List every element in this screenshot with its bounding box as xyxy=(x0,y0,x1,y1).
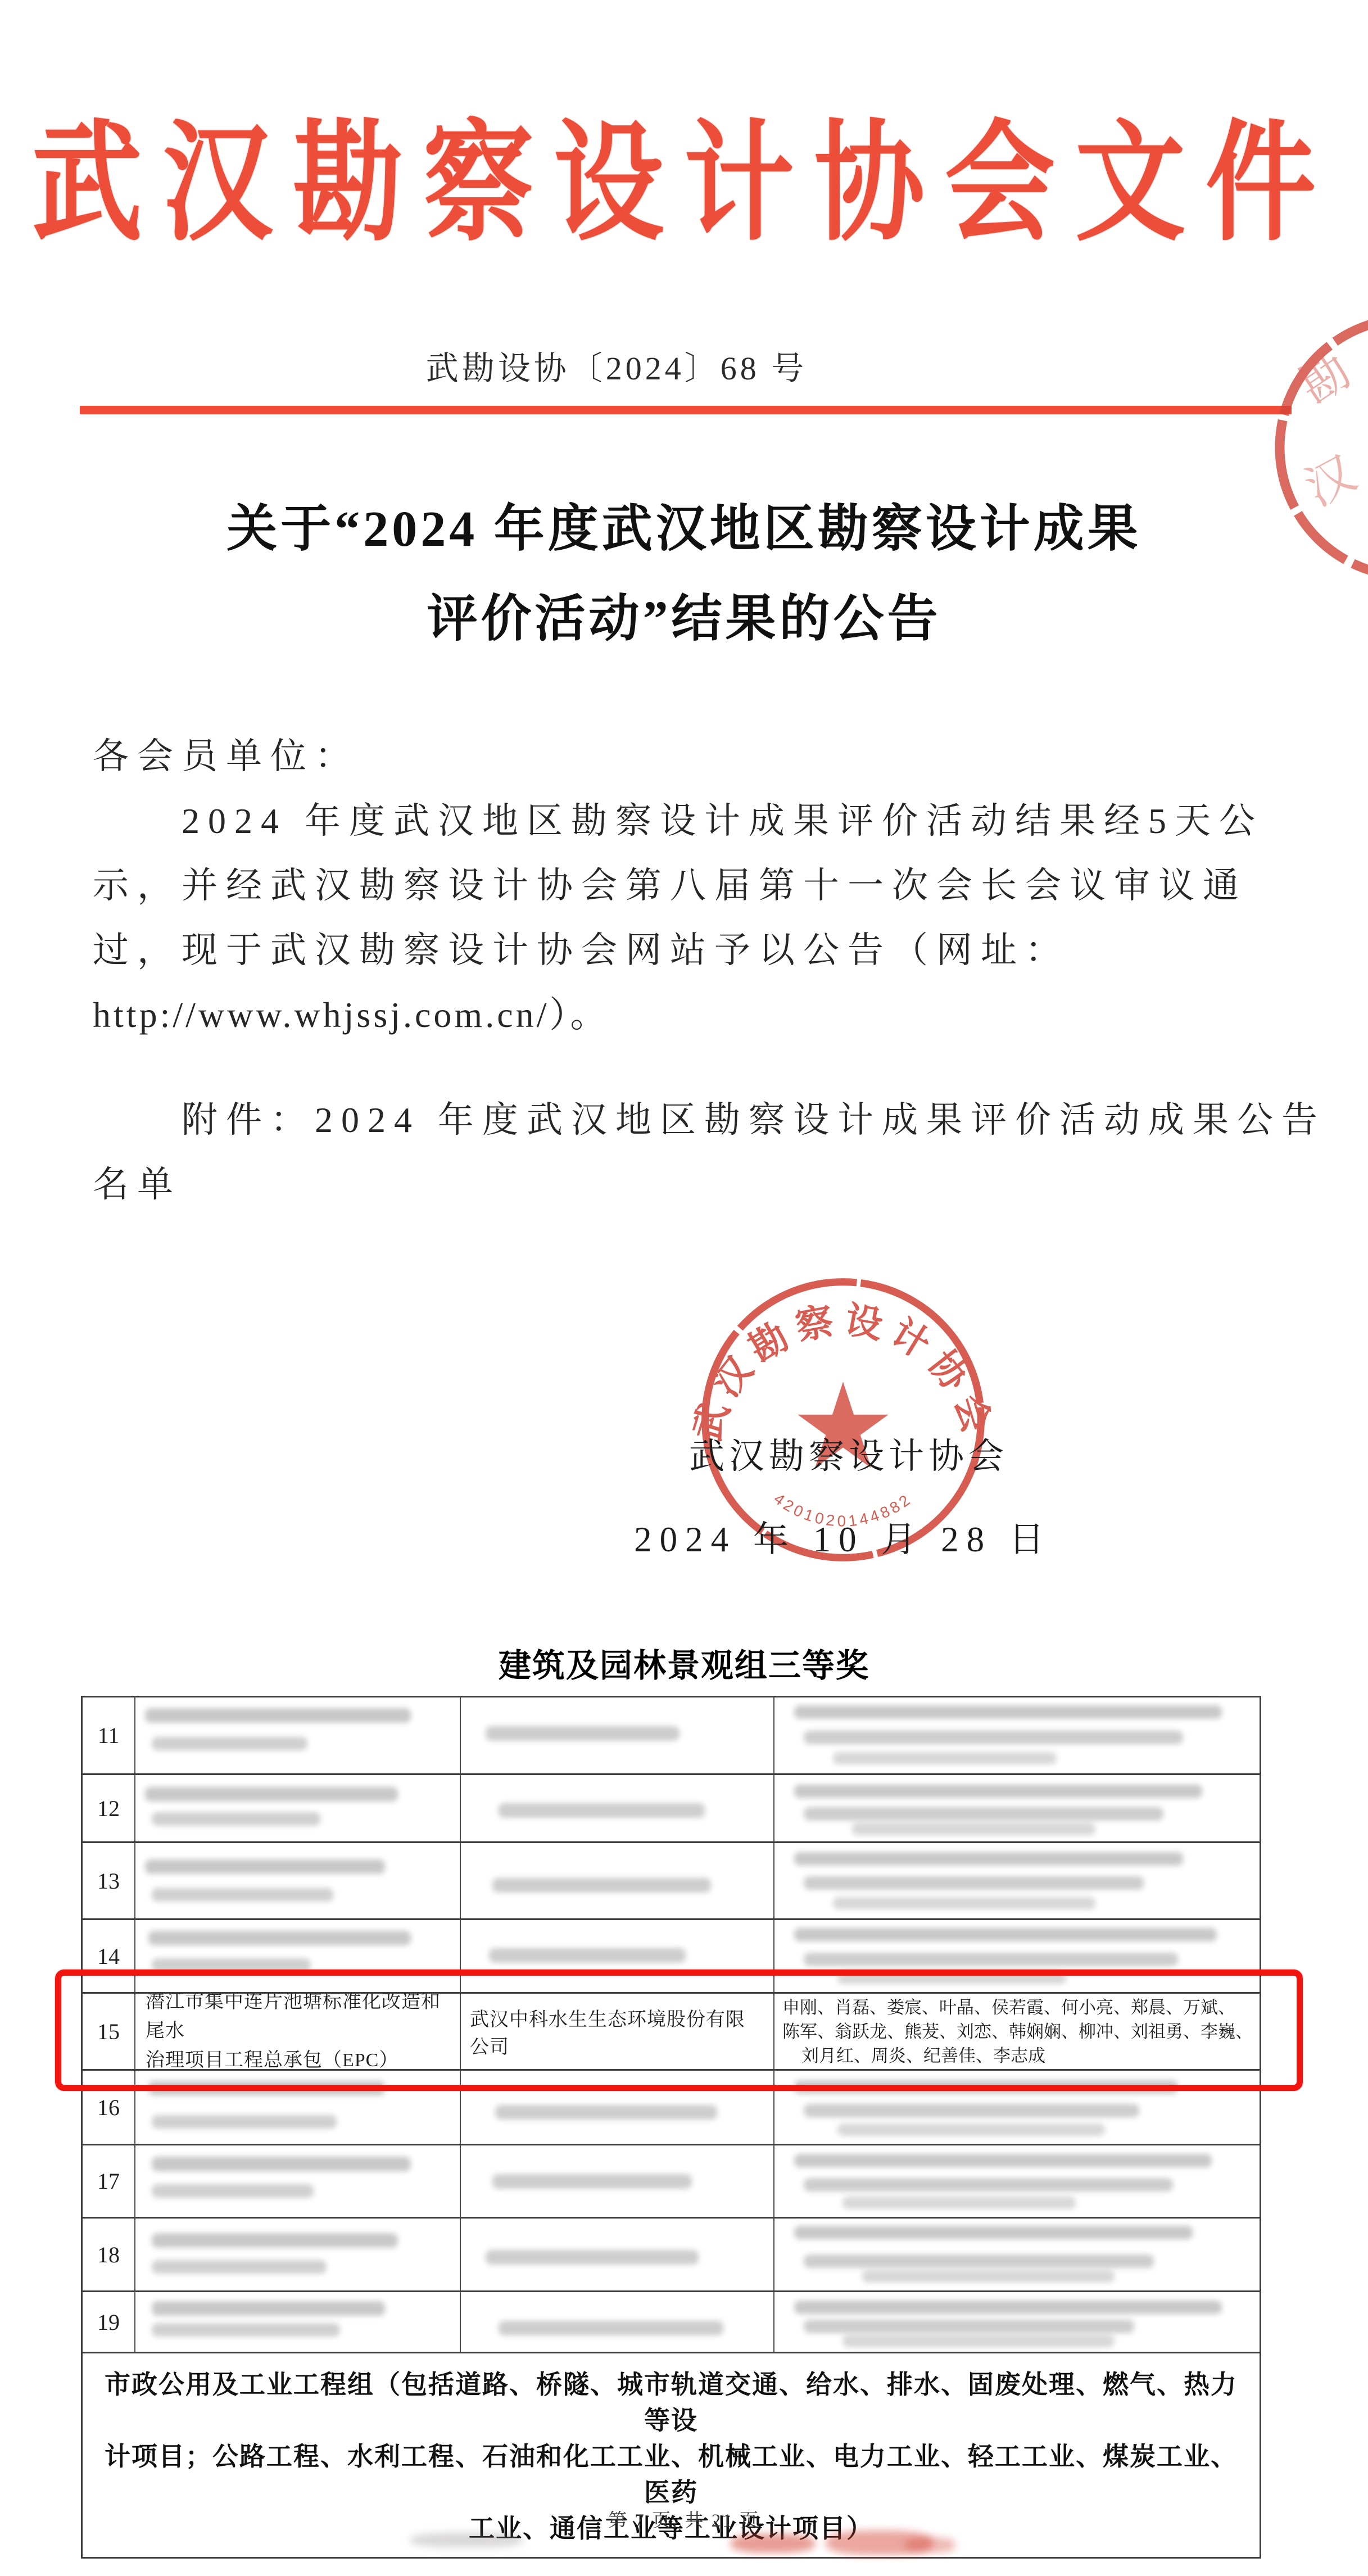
blurred-company-cell xyxy=(461,1697,774,1773)
blurred-text-streak xyxy=(492,2174,692,2189)
blurred-text-streak xyxy=(489,1948,686,1963)
blurred-text-streak xyxy=(499,1803,705,1818)
blurred-text-streak xyxy=(492,1878,711,1893)
red-smudge xyxy=(731,2534,815,2553)
blurred-text-streak xyxy=(804,1876,1144,1890)
blurred-company-cell xyxy=(461,2292,774,2352)
blurred-project-cell xyxy=(135,2292,461,2352)
body-line-2: 过，现于武汉勘察设计协会网站予以公告（网址： xyxy=(93,918,1279,983)
blurred-text-streak xyxy=(152,1737,307,1750)
salutation: 各会员单位： xyxy=(93,724,1279,789)
blurred-text-streak xyxy=(499,2321,723,2335)
table-row-17: 17 xyxy=(83,2145,1260,2219)
blurred-text-streak xyxy=(842,2197,1076,2209)
blurred-text-streak xyxy=(152,2301,385,2316)
document-title: 关于“2024 年度武汉地区勘察设计成果 评价活动”结果的公告 xyxy=(0,485,1368,664)
blurred-text-streak xyxy=(794,1785,1203,1798)
red-divider-rule xyxy=(80,406,1292,414)
blurred-company-cell xyxy=(461,1775,774,1841)
blurred-project-cell xyxy=(135,2219,461,2290)
blurred-names-cell xyxy=(774,1843,1261,1918)
blurred-text-streak xyxy=(486,2250,698,2265)
table-row-11: 11 xyxy=(83,1697,1260,1775)
blurred-text-streak xyxy=(794,1928,1217,1941)
blurred-text-streak xyxy=(794,2301,1222,2314)
bottom-group-note-line-0: 市政公用及工业工程组（包括道路、桥隧、城市轨道交通、给水、排水、固废处理、燃气、… xyxy=(94,2367,1248,2439)
row-number: 19 xyxy=(83,2292,135,2352)
blurred-text-streak xyxy=(152,2323,340,2337)
blurred-text-streak xyxy=(145,1708,411,1723)
blurred-text-streak xyxy=(833,1752,1057,1764)
blurred-company-cell xyxy=(461,2145,774,2217)
edge-seal-glyph: 汉 xyxy=(1297,446,1365,516)
blurred-text-streak xyxy=(495,2105,717,2120)
row-number: 12 xyxy=(83,1775,135,1841)
blurred-text-streak xyxy=(152,2115,337,2129)
blurred-text-streak xyxy=(152,2184,314,2198)
blurred-text-streak xyxy=(837,2124,1105,2136)
blurred-text-streak xyxy=(794,2154,1212,2167)
blurred-text-streak xyxy=(862,2270,1115,2283)
row-number: 11 xyxy=(83,1697,135,1773)
blurred-text-streak xyxy=(804,1807,1163,1821)
blurred-text-streak xyxy=(145,1787,398,1801)
document-title-line2: 评价活动”结果的公告 xyxy=(0,574,1368,664)
blurred-names-cell xyxy=(774,1775,1261,1841)
attachment-line-0: 附件：2024 年度武汉地区勘察设计成果评价活动成果公告 xyxy=(93,1088,1279,1152)
document-body: 各会员单位： 2024 年度武汉地区勘察设计成果评价活动结果经5天公示，并经武汉… xyxy=(93,724,1279,1217)
row-highlight-box xyxy=(55,1970,1303,2091)
document-title-line1: 关于“2024 年度武汉地区勘察设计成果 xyxy=(0,485,1368,574)
table-row-13: 13 xyxy=(83,1843,1260,1920)
body-line-1: 示，并经武汉勘察设计协会第八届第十一次会长会议审议通 xyxy=(93,853,1279,918)
section-caption: 建筑及园林景观组三等奖 xyxy=(0,1639,1368,1686)
attachment-note: 附件：2024 年度武汉地区勘察设计成果评价活动成果公告名单 xyxy=(93,1088,1279,1217)
edge-seal-glyph: 勘 xyxy=(1290,343,1360,415)
blurred-text-streak xyxy=(852,1823,1095,1835)
award-table: 1112131415潜江市集中连片池塘标准化改造和尾水治理项目工程总承包（EPC… xyxy=(81,1696,1261,2559)
blurred-text-streak xyxy=(152,1888,333,1902)
blurred-text-streak xyxy=(804,1731,1183,1744)
table-row-12: 12 xyxy=(83,1775,1260,1843)
blurred-text-streak xyxy=(148,1931,411,1945)
blurred-text-streak xyxy=(145,1859,385,1874)
signature-date: 2024 年 10 月 28 日 xyxy=(629,1511,1057,1562)
table-row-19: 19 xyxy=(83,2292,1260,2353)
signer-name: 武汉勘察设计协会 xyxy=(641,1428,1057,1479)
blurred-project-cell xyxy=(135,1697,461,1773)
blurred-text-streak xyxy=(152,1812,320,1826)
body-line-0: 2024 年度武汉地区勘察设计成果评价活动结果经5天公 xyxy=(93,789,1279,853)
body-line-3: http://www.whjssj.com.cn/）。 xyxy=(93,983,1279,1047)
blurred-project-cell xyxy=(135,2145,461,2217)
blurred-names-cell xyxy=(774,2219,1261,2290)
page-footer: 第 7 页, 共 21 页 xyxy=(0,2506,1368,2532)
row-number: 17 xyxy=(83,2145,135,2217)
blurred-text-streak xyxy=(152,2157,411,2171)
blurred-names-cell xyxy=(774,2145,1261,2217)
blurred-text-streak xyxy=(152,2233,398,2248)
blurred-text-streak xyxy=(794,2226,1193,2239)
blurred-text-streak xyxy=(794,1852,1183,1866)
edge-partial-seal: 勘 汉 xyxy=(1270,304,1368,596)
blurred-company-cell xyxy=(461,1843,774,1918)
blurred-text-streak xyxy=(794,1705,1222,1719)
paragraph-gap xyxy=(93,1047,1279,1088)
attachment-line-1: 名单 xyxy=(93,1152,1279,1217)
blurred-text-streak xyxy=(804,2104,1139,2117)
blurred-text-streak xyxy=(804,2178,1173,2192)
table-row-18: 18 xyxy=(83,2219,1260,2292)
bottom-group-note-line-1: 计项目；公路工程、水利工程、石油和化工工业、机械工业、电力工业、轻工工业、煤炭工… xyxy=(94,2439,1248,2511)
document-page: 武汉勘察设计协会文件 武勘设协〔2024〕68 号 关于“2024 年度武汉地区… xyxy=(0,0,1368,2576)
blurred-names-cell xyxy=(774,1697,1261,1773)
blurred-project-cell xyxy=(135,1775,461,1841)
red-smudge xyxy=(905,2537,955,2553)
blurred-text-streak xyxy=(152,2260,327,2274)
letterhead-title: 武汉勘察设计协会文件 xyxy=(0,79,1368,266)
blurred-company-cell xyxy=(461,2219,774,2290)
blurred-project-cell xyxy=(135,1843,461,1918)
blurred-text-streak xyxy=(833,1897,1095,1909)
blurred-text-streak xyxy=(804,2320,1134,2333)
blurred-text-streak xyxy=(842,2335,1115,2347)
gray-smudge xyxy=(410,2533,523,2547)
blurred-text-streak xyxy=(486,1726,680,1741)
row-number: 18 xyxy=(83,2219,135,2290)
blurred-text-streak xyxy=(804,1953,1178,1966)
body-paragraph: 2024 年度武汉地区勘察设计成果评价活动结果经5天公示，并经武汉勘察设计协会第… xyxy=(93,789,1279,1047)
row-number: 13 xyxy=(83,1843,135,1918)
blurred-names-cell xyxy=(774,2292,1261,2352)
blurred-text-streak xyxy=(804,2254,1154,2268)
document-number: 武勘设协〔2024〕68 号 xyxy=(0,342,1301,389)
